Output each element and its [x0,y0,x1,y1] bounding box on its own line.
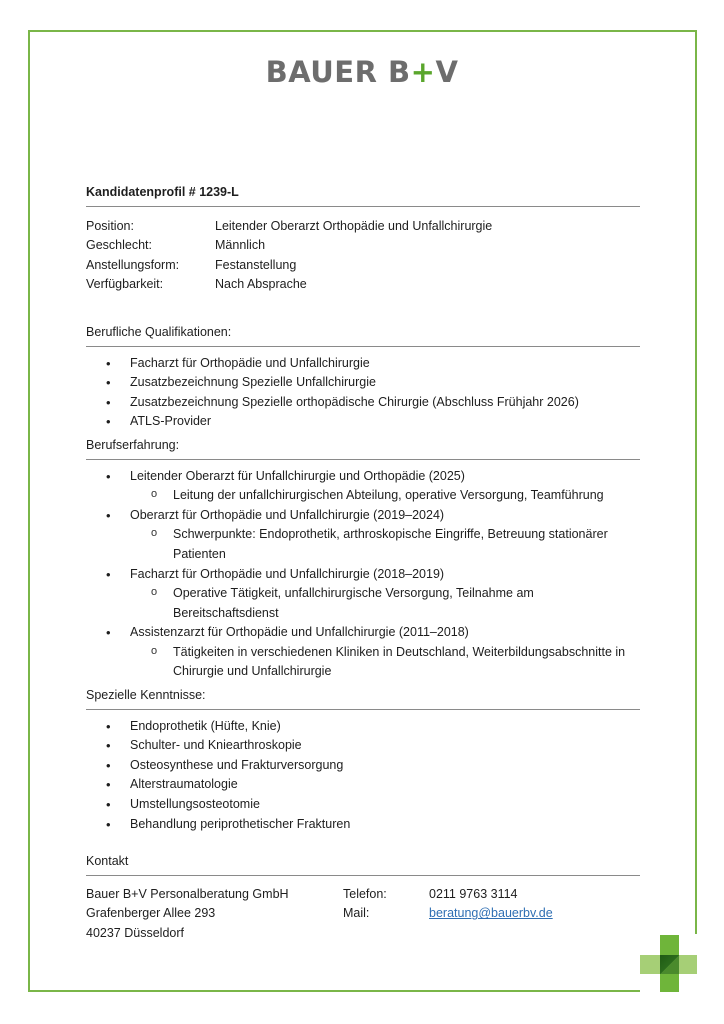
list-item: Assistenzarzt für Orthopädie und Unfallc… [86,623,640,682]
skills-list: Endoprothetik (Hüfte, Knie) Schulter- un… [86,717,640,835]
list-item: Behandlung periprothetischer Frakturen [86,815,640,835]
list-item: Schulter- und Kniearthroskopie [86,736,640,756]
frame-border-bottom [28,990,640,992]
contact-street: Grafenberger Allee 293 [86,904,343,924]
logo-plus-icon: + [411,55,436,89]
candidate-profile: Kandidatenprofil # 1239-L Position:Leite… [86,183,640,944]
list-item: Facharzt für Orthopädie und Unfallchirur… [86,354,640,374]
sub-list-item: Operative Tätigkeit, unfallchirurgische … [130,584,640,623]
list-item: Osteosynthese und Frakturversorgung [86,756,640,776]
divider [86,346,640,347]
list-item: Umstellungsosteotomie [86,795,640,815]
contact-city: 40237 Düsseldorf [86,924,343,944]
qualifications-heading: Berufliche Qualifikationen: [86,323,640,343]
phone-label: Telefon: [343,885,429,905]
mail-label: Mail: [343,904,429,924]
contact-block: Bauer B+V Personalberatung GmbH Grafenbe… [86,885,640,944]
qualifications-list: Facharzt für Orthopädie und Unfallchirur… [86,354,640,432]
field-employment-type: Anstellungsform:Festanstellung [86,256,640,276]
frame-border-top [28,30,697,32]
field-availability: Verfügbarkeit:Nach Absprache [86,275,640,295]
profile-title: Kandidatenprofil # 1239-L [86,183,640,203]
list-item: ATLS-Provider [86,412,640,432]
divider [86,206,640,207]
divider [86,875,640,876]
sub-list-item: Schwerpunkte: Endoprothetik, arthroskopi… [130,525,640,564]
sub-list-item: Tätigkeiten in verschiedenen Kliniken in… [130,643,640,682]
divider [86,709,640,710]
experience-heading: Berufserfahrung: [86,436,640,456]
company-logo: BAUER B+V [0,55,724,89]
list-item: Oberarzt für Orthopädie und Unfallchirur… [86,506,640,565]
list-item: Zusatzbezeichnung Spezielle orthopädisch… [86,393,640,413]
list-item: Facharzt für Orthopädie und Unfallchirur… [86,565,640,624]
experience-list: Leitender Oberarzt für Unfallchirurgie u… [86,467,640,683]
email-link[interactable]: beratung@bauerbv.de [429,904,553,924]
frame-border-right [695,30,697,934]
field-position: Position:Leitender Oberarzt Orthopädie u… [86,217,640,237]
list-item: Endoprothetik (Hüfte, Knie) [86,717,640,737]
contact-company: Bauer B+V Personalberatung GmbH [86,885,343,905]
sub-list-item: Leitung der unfallchirurgischen Abteilun… [130,486,640,506]
list-item: Alterstraumatologie [86,775,640,795]
list-item: Zusatzbezeichnung Spezielle Unfallchirur… [86,373,640,393]
contact-heading: Kontakt [86,852,640,872]
divider [86,459,640,460]
skills-heading: Spezielle Kenntnisse: [86,686,640,706]
phone-number: 0211 9763 3114 [429,885,553,905]
list-item: Leitender Oberarzt für Unfallchirurgie u… [86,467,640,506]
field-gender: Geschlecht:Männlich [86,236,640,256]
profile-fields: Position:Leitender Oberarzt Orthopädie u… [86,217,640,295]
frame-border-left [28,30,30,992]
